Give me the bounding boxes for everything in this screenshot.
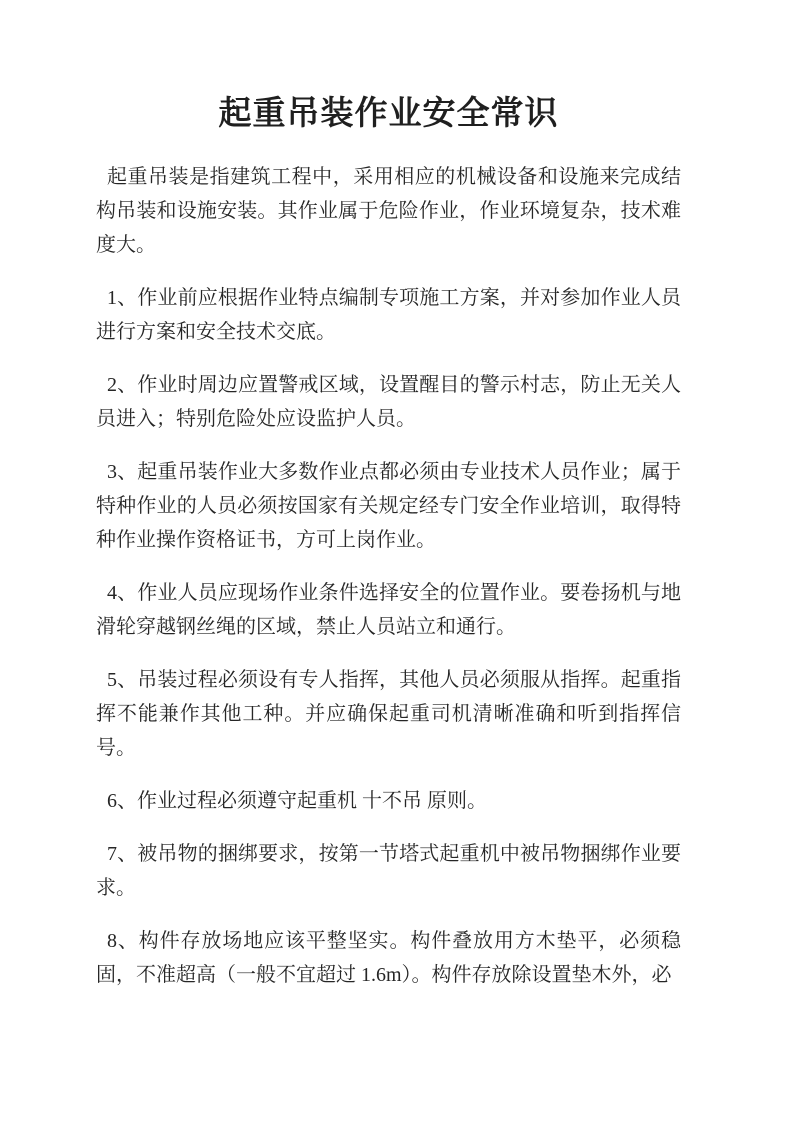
page-title: 起重吊装作业安全常识 (96, 90, 681, 138)
list-item-7: 7、被吊物的捆绑要求，按第一节塔式起重机中被吊物捆绑作业要求。 (96, 837, 681, 905)
list-item-4: 4、作业人员应现场作业条件选择安全的位置作业。要卷扬机与地滑轮穿越钢丝绳的区域，… (96, 576, 681, 644)
list-item-8: 8、构件存放场地应该平整坚实。构件叠放用方木垫平，必须稳固，不准超高（一般不宜超… (96, 924, 681, 992)
document-page: 起重吊装作业安全常识 起重吊装是指建筑工程中，采用相应的机械设备和设施来完成结构… (0, 0, 793, 1122)
list-item-3: 3、起重吊装作业大多数作业点都必须由专业技术人员作业；属于特种作业的人员必须按国… (96, 455, 681, 557)
list-item-1: 1、作业前应根据作业特点编制专项施工方案，并对参加作业人员进行方案和安全技术交底… (96, 281, 681, 349)
list-item-2: 2、作业时周边应置警戒区域，设置醒目的警示村志，防止无关人员进入；特别危险处应设… (96, 368, 681, 436)
list-item-6: 6、作业过程必须遵守起重机 十不吊 原则。 (96, 784, 681, 818)
intro-paragraph: 起重吊装是指建筑工程中，采用相应的机械设备和设施来完成结构吊装和设施安装。其作业… (96, 160, 681, 262)
list-item-5: 5、吊装过程必须设有专人指挥，其他人员必须服从指挥。起重指挥不能兼作其他工种。并… (96, 663, 681, 765)
